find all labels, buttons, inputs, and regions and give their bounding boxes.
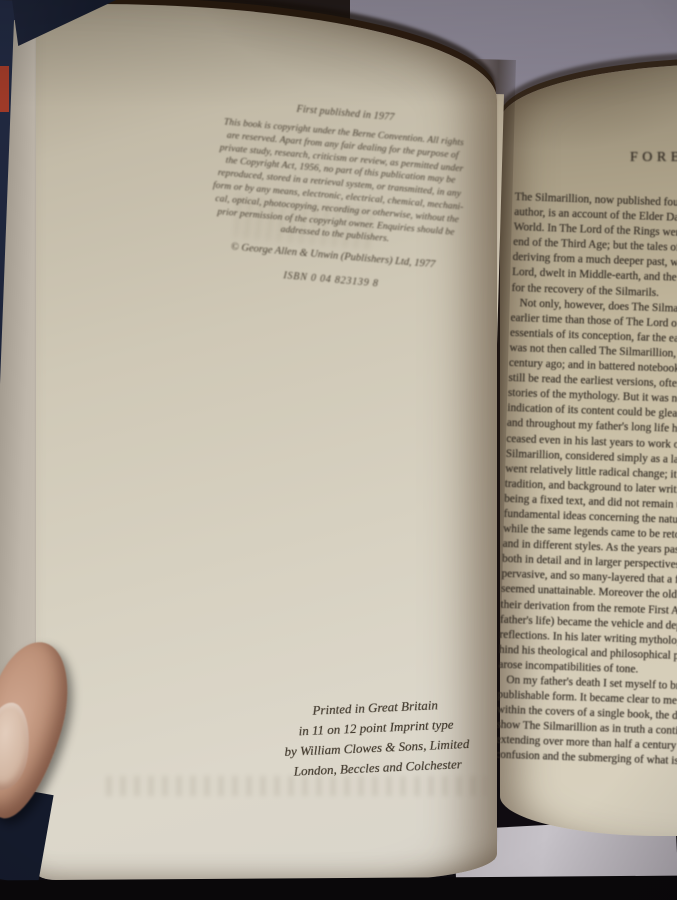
imprint-block: First published in 1977 This book is cop… xyxy=(171,94,505,299)
copyright-notice: This book is copyright under the Berne C… xyxy=(175,113,504,256)
printer-colophon: Printed in Great Britainin 11 on 12 poin… xyxy=(252,693,500,784)
foreword-heading: FOREWORD xyxy=(630,150,677,166)
bottom-shadow xyxy=(0,876,677,900)
photo-open-book: FOREWORD The Silmarillion, now published… xyxy=(0,0,677,900)
left-page: First published in 1977 This book is cop… xyxy=(36,4,497,880)
thumbnail xyxy=(0,699,35,793)
right-page: FOREWORD The Silmarillion, now published… xyxy=(500,64,677,836)
foreword-text: The Silmarillion, now published four yea… xyxy=(495,190,677,776)
dust-jacket-red-sliver xyxy=(0,66,9,112)
